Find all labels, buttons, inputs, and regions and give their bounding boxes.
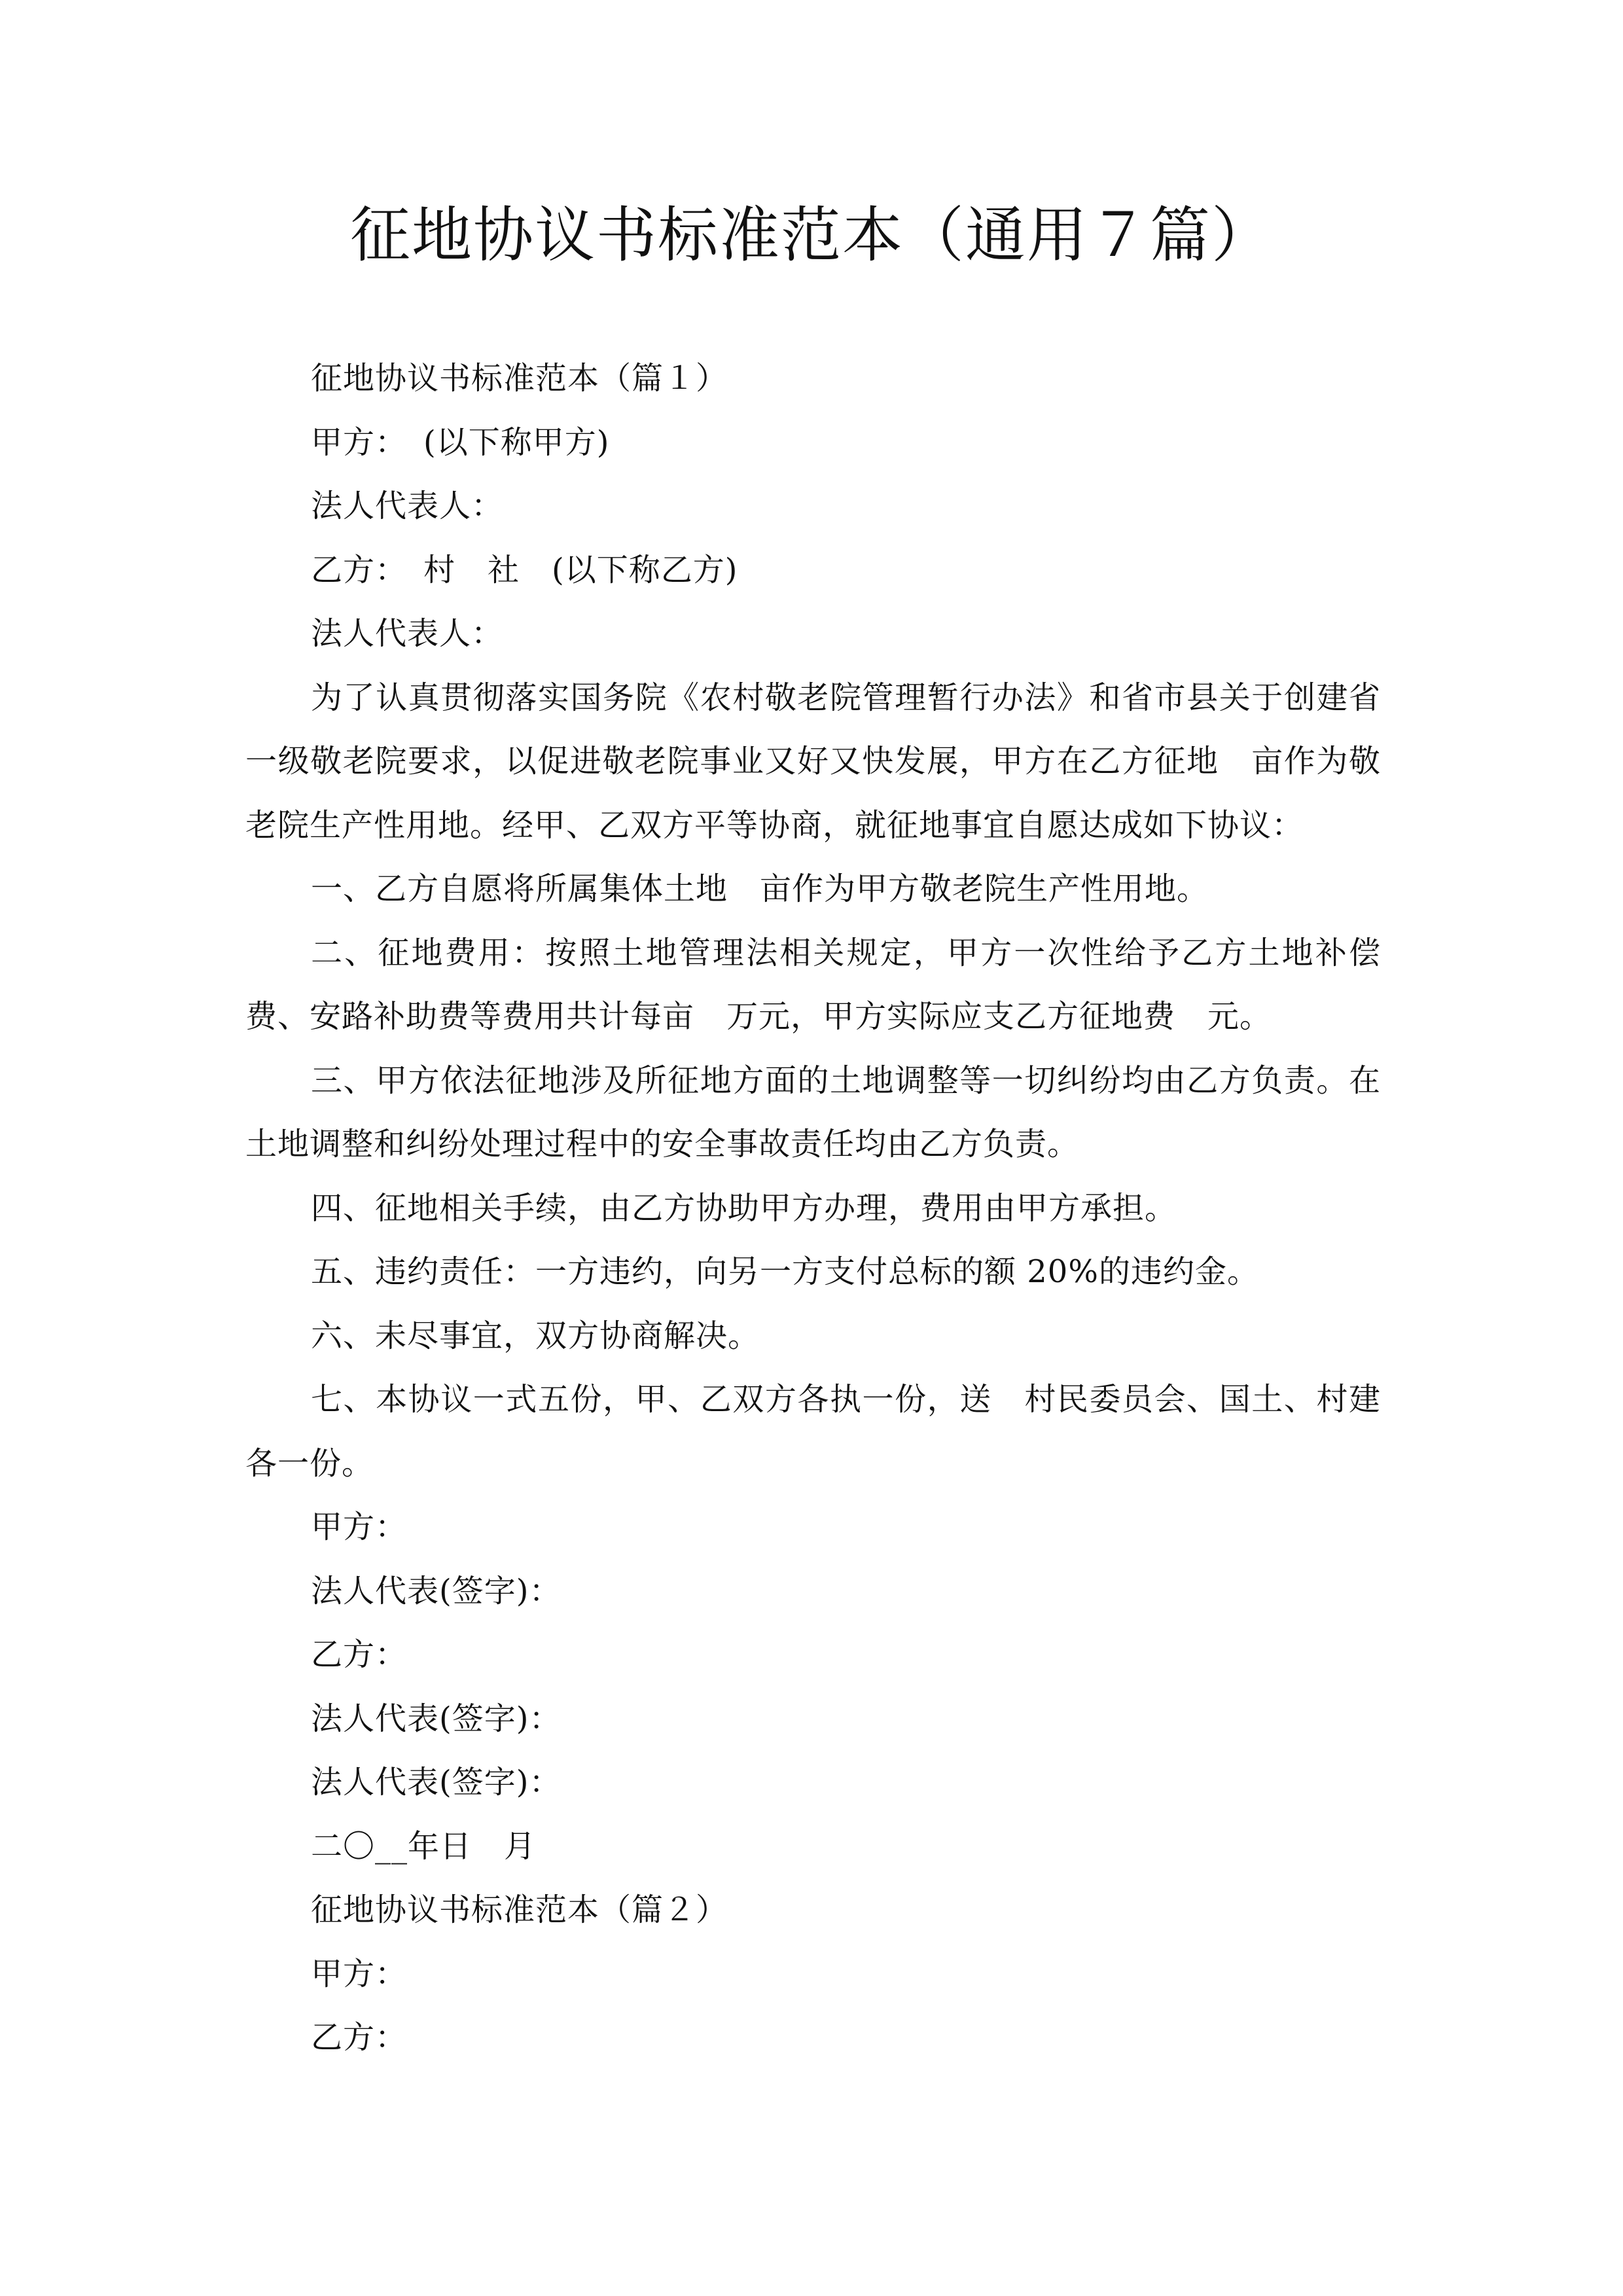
clause-6: 六、未尽事宜，双方协商解决。 bbox=[245, 1304, 1381, 1369]
signature-party-b: 乙方： bbox=[245, 1623, 1381, 1687]
signature-party-b-rep: 法人代表(签字)： bbox=[245, 1687, 1381, 1751]
clause-3: 三、甲方依法征地涉及所征地方面的土地调整等一切纠纷均由乙方负责。在土地调整和纠纷… bbox=[245, 1049, 1381, 1177]
clause-2: 二、征地费用：按照土地管理法相关规定，甲方一次性给予乙方土地补偿费、安路补助费等… bbox=[245, 922, 1381, 1049]
party-a-line: 甲方： (以下称甲方) bbox=[245, 411, 1381, 475]
signature-party-a: 甲方： bbox=[245, 1496, 1381, 1560]
document-page: 征地协议书标准范本（通用７篇） 征地协议书标准范本（篇１） 甲方： (以下称甲方… bbox=[0, 0, 1623, 2296]
preamble-paragraph: 为了认真贯彻落实国务院《农村敬老院管理暂行办法》和省市县关于创建省一级敬老院要求… bbox=[245, 666, 1381, 858]
section-heading-2: 征地协议书标准范本（篇２） bbox=[245, 1878, 1381, 1943]
document-title: 征地协议书标准范本（通用７篇） bbox=[0, 196, 1623, 275]
section-2-party-a: 甲方： bbox=[245, 1943, 1381, 2007]
party-b-legal-rep: 法人代表人： bbox=[245, 602, 1381, 666]
party-a-legal-rep: 法人代表人： bbox=[245, 475, 1381, 539]
party-b-line: 乙方： 村 社 (以下称乙方) bbox=[245, 539, 1381, 603]
clause-5: 五、违约责任：一方违约，向另一方支付总标的额 20%的违约金。 bbox=[245, 1240, 1381, 1304]
clause-4: 四、征地相关手续，由乙方协助甲方办理，费用由甲方承担。 bbox=[245, 1177, 1381, 1241]
clause-1: 一、乙方自愿将所属集体土地 亩作为甲方敬老院生产性用地。 bbox=[245, 857, 1381, 922]
section-heading-1: 征地协议书标准范本（篇１） bbox=[245, 347, 1381, 411]
document-body: 征地协议书标准范本（篇１） 甲方： (以下称甲方) 法人代表人： 乙方： 村 社… bbox=[245, 347, 1381, 2070]
date-line: 二〇__年日 月 bbox=[245, 1815, 1381, 1879]
signature-extra-rep: 法人代表(签字)： bbox=[245, 1751, 1381, 1815]
signature-party-a-rep: 法人代表(签字)： bbox=[245, 1560, 1381, 1624]
clause-7: 七、本协议一式五份，甲、乙双方各执一份，送 村民委员会、国土、村建各一份。 bbox=[245, 1368, 1381, 1496]
section-2-party-b: 乙方： bbox=[245, 2006, 1381, 2070]
